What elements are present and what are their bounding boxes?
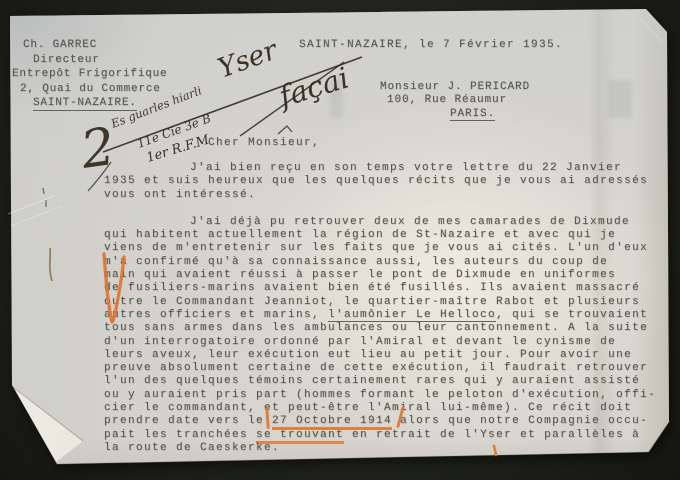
scanned-letter-photo: Ch. GARRECDirecteurEntrepôt Frigorifique… bbox=[0, 0, 680, 480]
letterhead-line: Ch. GARREC bbox=[23, 38, 167, 53]
body-line: cier le commandant, et peut-être l'Amira… bbox=[104, 402, 669, 415]
body-line-segment-orange-box: 27 Octobre 1914 bbox=[272, 415, 392, 430]
bleed-through-smudge bbox=[608, 80, 632, 118]
bleed-through-smudge bbox=[330, 78, 343, 118]
letterhead-line: Directeur bbox=[33, 53, 167, 68]
body-line: m'a confirmé qu'à sa connaissance aussi,… bbox=[104, 256, 669, 269]
body-line: qui habitent actuellement la région de S… bbox=[104, 229, 669, 242]
body-line: main qui avaient réussi à passer le pont… bbox=[104, 269, 669, 282]
body-line: viens de m'entretenir sur les faits que … bbox=[104, 242, 669, 255]
letterhead-line: 2, Quai du Commerce bbox=[20, 82, 167, 97]
paragraph: J'ai bien reçu en son temps votre lettre… bbox=[104, 162, 669, 202]
body-line: tous sans armes dans les ambulances ou l… bbox=[104, 322, 669, 335]
recipient-street: 100, Rue Réaumur bbox=[387, 94, 530, 107]
recipient-name: Monsieur J. PERICARD bbox=[380, 81, 530, 94]
body-line: la route de Caeskerke. bbox=[104, 442, 669, 455]
body-line: pait les tranchées se trouvant en retrai… bbox=[104, 429, 669, 442]
body-line-segment: en retrait de l'Yser et parallèles à bbox=[344, 429, 640, 441]
body-line: autres officiers et marins, l'aumônier L… bbox=[104, 309, 669, 322]
body-line: l'un des quelques témoins certainement r… bbox=[104, 375, 669, 388]
letterhead-city-text: SAINT-NAZAIRE. bbox=[33, 97, 137, 111]
body-line: ou y auraient pris part (hommes formant … bbox=[104, 389, 669, 402]
body-line: d'un interrogatoire ordonné par l'Amiral… bbox=[104, 336, 669, 349]
recipient-city: PARIS. bbox=[450, 108, 530, 121]
body-line-segment: prendre date vers le bbox=[104, 415, 272, 427]
body-line: outre le Commandant Jeanniot, le quartie… bbox=[104, 296, 669, 309]
body-line-segment: autres officiers et marins, bbox=[104, 309, 328, 321]
body-line: J'ai bien reçu en son temps votre lettre… bbox=[104, 162, 669, 175]
body-line: 1935 et suis heureux que les quelques ré… bbox=[104, 175, 669, 188]
letterhead-block: Ch. GARRECDirecteurEntrepôt Frigorifique… bbox=[8, 38, 167, 111]
body-line-segment: , qui se trouvaient bbox=[496, 309, 648, 321]
body-line-segment: pait les tranchées bbox=[104, 429, 256, 441]
recipient-city-text: PARIS. bbox=[450, 108, 495, 122]
recipient-block: Monsieur J. PERICARD 100, Rue Réaumur PA… bbox=[380, 81, 530, 121]
salutation: Cher Monsieur, bbox=[208, 137, 320, 150]
body-line: prendre date vers le 27 Octobre 1914 alo… bbox=[104, 415, 669, 428]
body-line-segment: alors que notre Compagnie occu- bbox=[392, 415, 648, 427]
letterhead-lines: Ch. GARRECDirecteurEntrepôt Frigorifique… bbox=[8, 38, 167, 96]
body-line: vous ont intéressé. bbox=[104, 189, 669, 202]
body-line: J'ai déjà pu retrouver deux de mes camar… bbox=[104, 216, 669, 229]
letterhead-city: SAINT-NAZAIRE. bbox=[33, 96, 167, 111]
body-paragraphs: J'ai bien reçu en son temps votre lettre… bbox=[104, 160, 669, 455]
dateline: SAINT-NAZAIRE, le 7 Février 1935. bbox=[299, 39, 563, 52]
paragraph: J'ai déjà pu retrouver deux de mes camar… bbox=[104, 216, 669, 455]
body-line: leurs aveux, leur exécution eut lieu au … bbox=[104, 349, 669, 362]
body-line: preuve absolument certaine de cette exéc… bbox=[104, 362, 669, 375]
letterhead-line: Entrepôt Frigorifique bbox=[12, 67, 167, 82]
body-line-segment-typed-u: l'aumônier Le Helloco bbox=[328, 309, 496, 323]
body-line: de fusiliers-marins avaient bien été fus… bbox=[104, 282, 669, 295]
